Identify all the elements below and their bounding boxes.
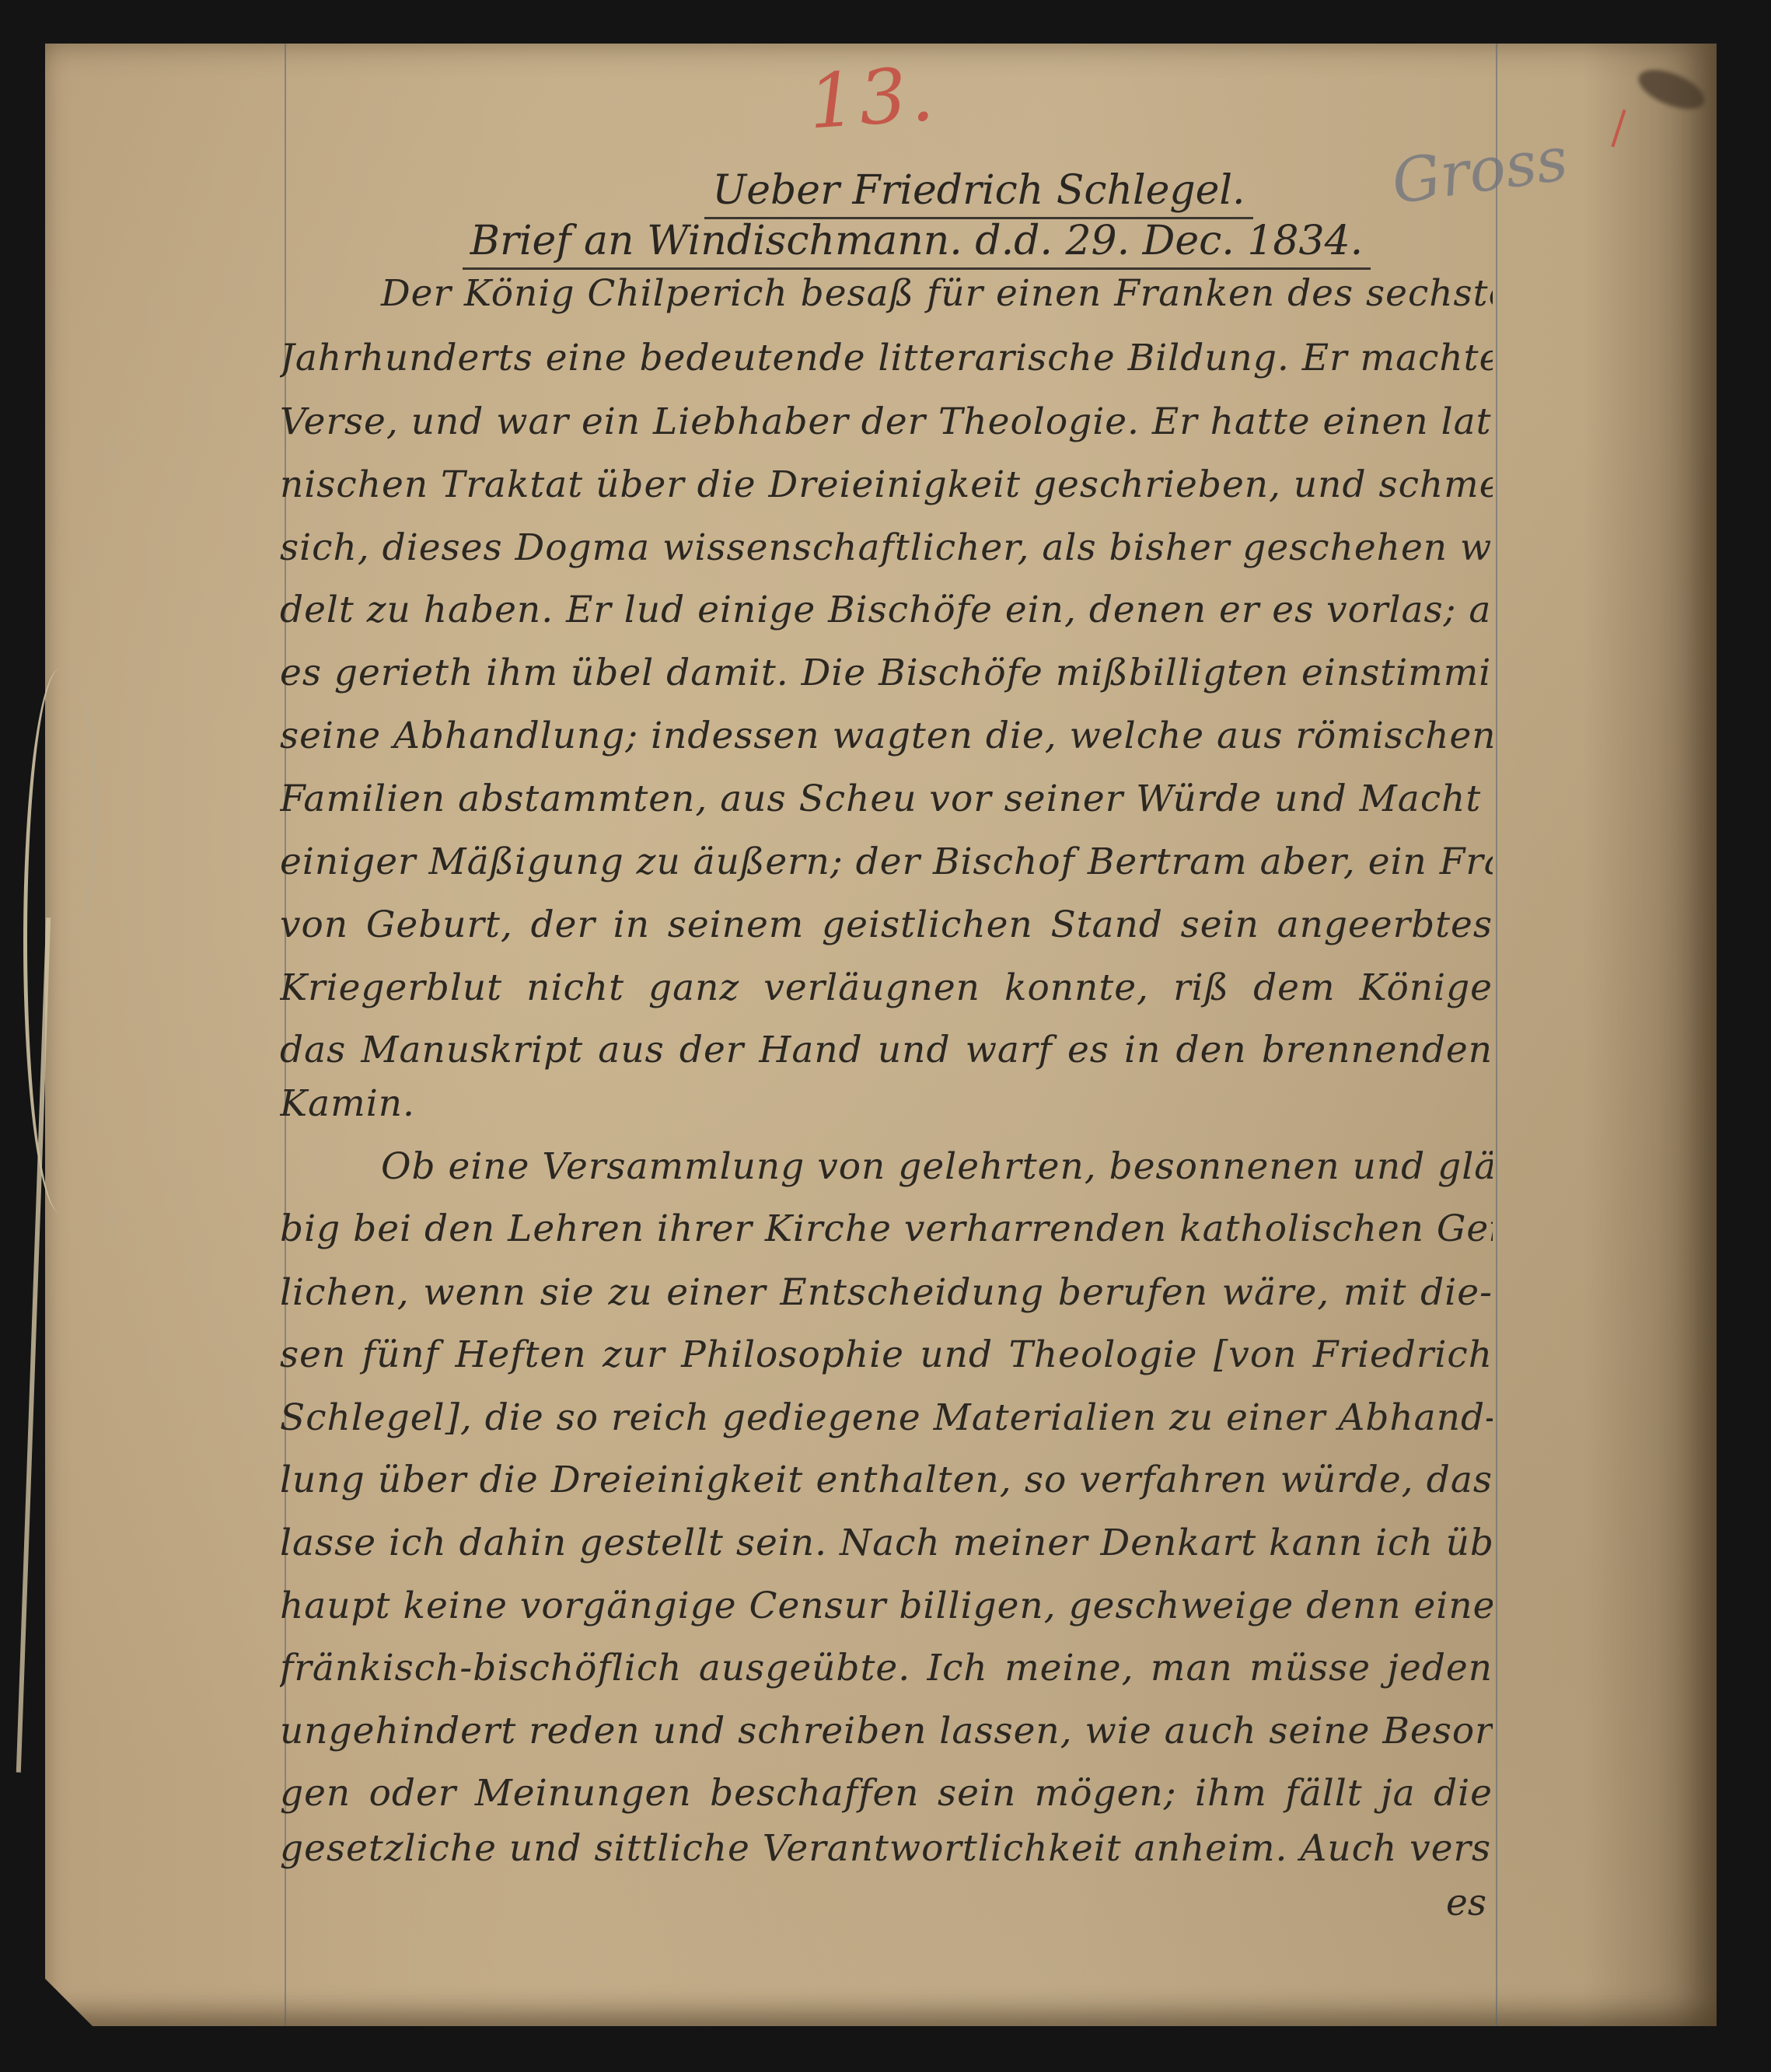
text-line: gen oder Meinungen beschaffen sein mögen… xyxy=(280,1772,1493,1815)
torn-corner xyxy=(45,1979,100,2033)
text-line: gesetzliche und sittliche Verantwortlich… xyxy=(280,1827,1493,1870)
text-line: lung über die Dreieinigkeit enthalten, s… xyxy=(280,1459,1493,1501)
text-line: delt zu haben. Er lud einige Bischöfe ei… xyxy=(280,589,1493,631)
text-line: das Manuskript aus der Hand und warf es … xyxy=(280,1029,1493,1071)
text-line: Ob eine Versammlung von gelehrten, beson… xyxy=(280,1145,1493,1188)
document-title: Ueber Friedrich Schlegel. xyxy=(93,167,1771,214)
text-line: nischen Traktat über die Dreieinigkeit g… xyxy=(280,463,1493,506)
text-line: Schlegel], die so reich gediegene Materi… xyxy=(280,1396,1493,1439)
text-line: von Geburt, der in seinem geistlichen St… xyxy=(280,903,1493,946)
text-line: haupt keine vorgängige Censur billigen, … xyxy=(280,1585,1493,1627)
text-line: Verse, und war ein Liebhaber der Theolog… xyxy=(280,400,1493,443)
folio-number: 13. xyxy=(805,50,939,145)
text-line: Familien abstammten, aus Scheu vor seine… xyxy=(280,777,1493,820)
text-line: Der König Chilperich besaß für einen Fra… xyxy=(280,272,1493,315)
text-line: lasse ich dahin gestellt sein. Nach mein… xyxy=(280,1522,1493,1564)
text-line: ungehindert reden und schreiben lassen, … xyxy=(280,1710,1493,1752)
subtitle-text: Brief an Windischmann. d.d. 29. Dec. 183… xyxy=(463,218,1371,270)
text-line: Kamin. xyxy=(280,1082,1493,1125)
right-margin-rule xyxy=(1496,44,1497,2026)
document-subtitle: Brief an Windischmann. d.d. 29. Dec. 183… xyxy=(31,218,1771,264)
text-line: lichen, wenn sie zu einer Entscheidung b… xyxy=(280,1271,1493,1314)
text-line: es gerieth ihm übel damit. Die Bischöfe … xyxy=(280,652,1493,694)
title-text: Ueber Friedrich Schlegel. xyxy=(704,167,1252,219)
text-line: big bei den Lehren ihrer Kirche verharre… xyxy=(280,1207,1493,1250)
catchword: es xyxy=(1446,1882,1486,1924)
binding-string-loop xyxy=(47,684,97,933)
text-line: sich, dieses Dogma wissenschaftlicher, a… xyxy=(280,526,1493,569)
text-line: Jahrhunderts eine bedeutende litterarisc… xyxy=(280,337,1493,379)
text-line: fränkisch-bischöflich ausgeübte. Ich mei… xyxy=(280,1647,1493,1689)
text-line: Kriegerblut nicht ganz verläugnen konnte… xyxy=(280,966,1493,1009)
text-line: seine Abhandlung; indessen wagten die, w… xyxy=(280,715,1493,757)
text-line: sen fünf Heften zur Philosophie und Theo… xyxy=(280,1333,1493,1376)
text-line: einiger Mäßigung zu äußern; der Bischof … xyxy=(280,840,1493,883)
